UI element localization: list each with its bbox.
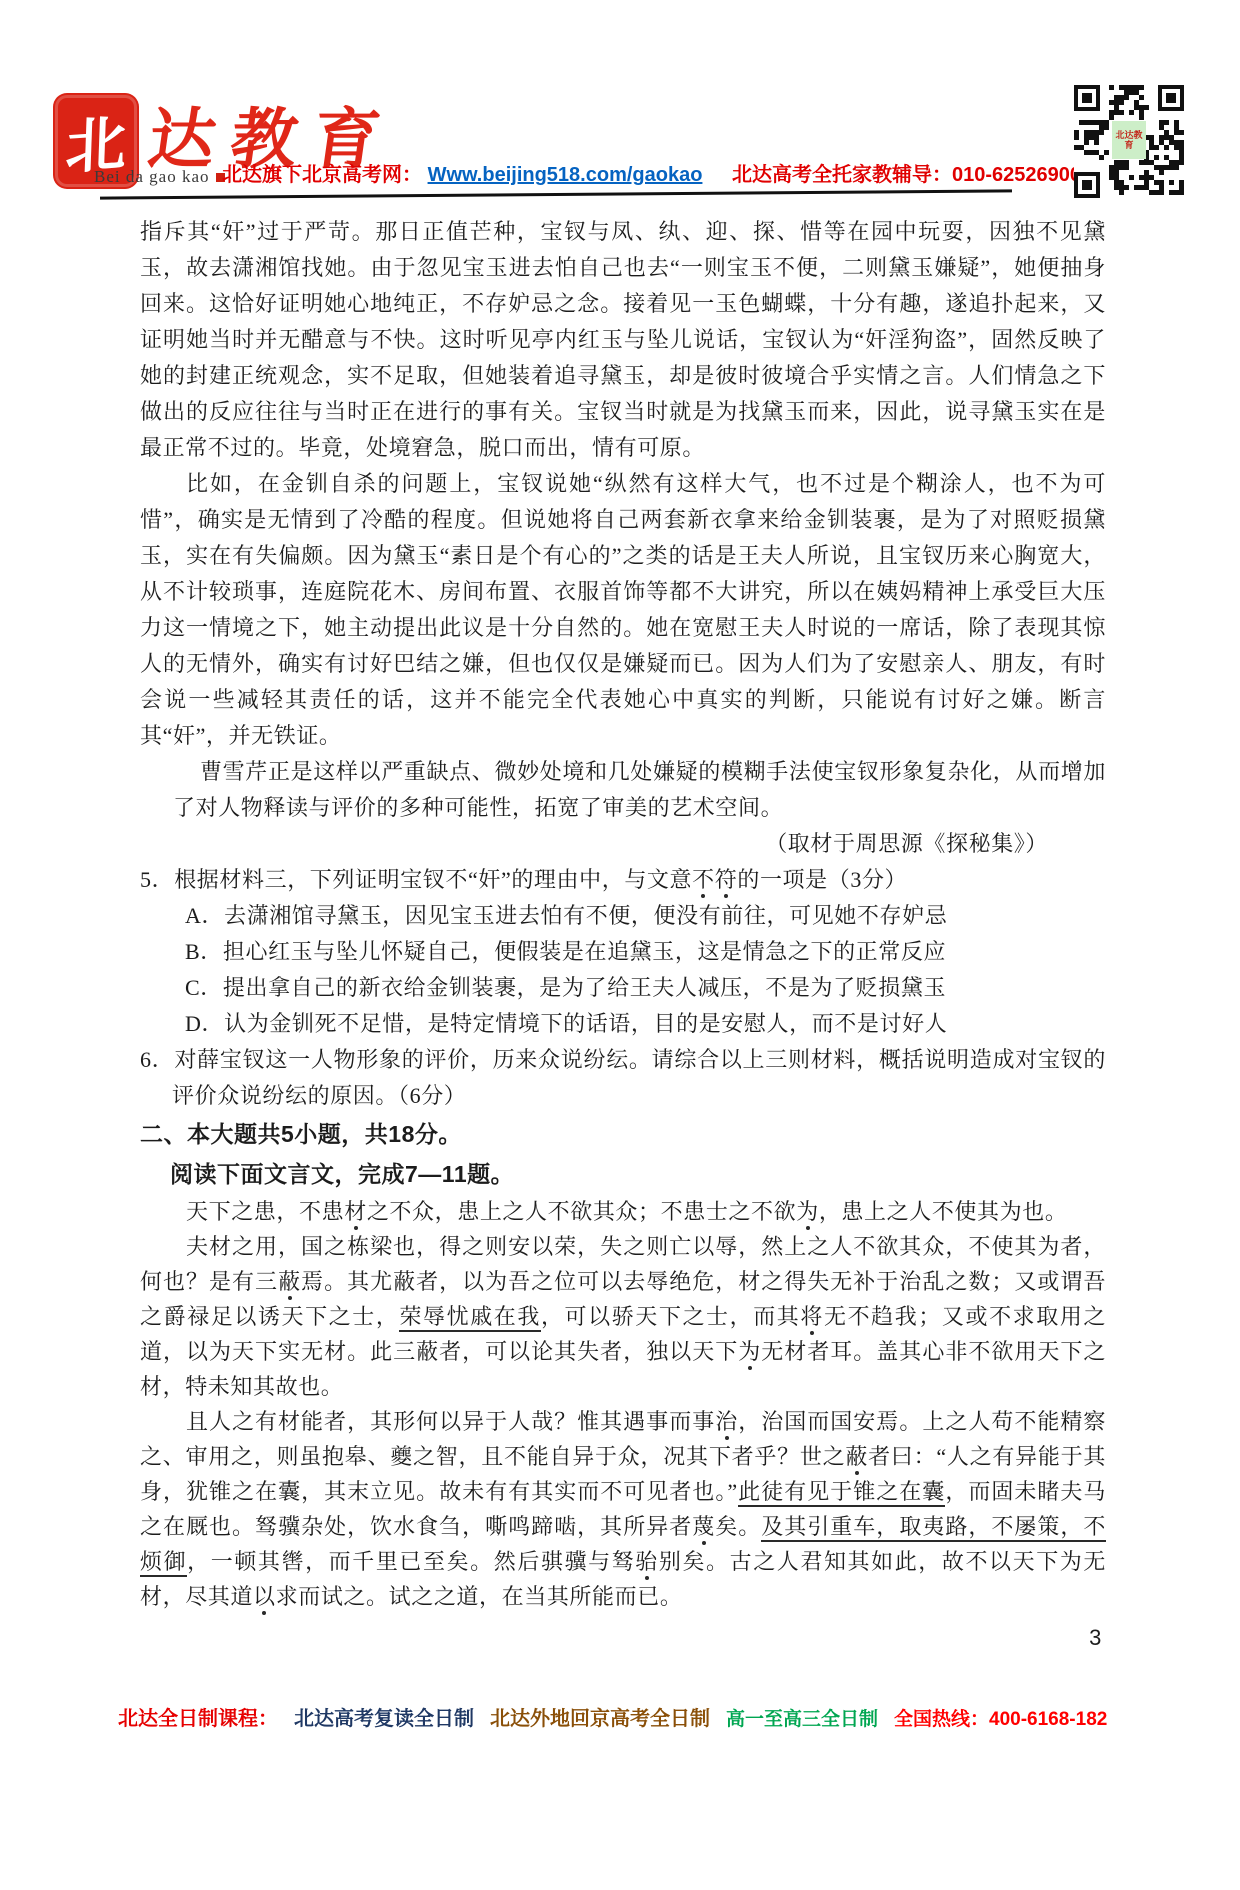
page-number: 3 [140,1620,1106,1656]
qr-center-label: 北达教育 [1112,121,1146,159]
classical-paragraph-1: 天下之患，不患材之不众，患上之人不欲其众；不患士之不欲为，患上之人不使其为也。 [140,1194,1106,1229]
section-2-subheading: 阅读下面文言文，完成7—11题。 [170,1154,1106,1194]
tutor-phone-label: 北达高考全托家教辅导：010-62526900 [732,164,1081,186]
page-footer: 北达全日制课程： 北达高考复读全日制 北达外地回京高考全日制 高一至高三全日制 … [118,1702,1128,1731]
option-b: B．担心红玉与坠儿怀疑自己，便假装是在追黛玉，这是情急之下的正常反应 [185,934,1106,970]
source-attribution: （取材于周思源《探秘集》） [140,826,1106,862]
footer-fulltime-repeat: 北达高考复读全日制 [294,1702,474,1731]
question-5-number: 5． [140,867,174,892]
classical-paragraph-2: 夫材之用，国之栋梁也，得之则安以荣，失之则亡以辱，然上之人不欲其众，不使其为者，… [140,1229,1106,1404]
question-5-stem: 5．根据材料三，下列证明宝钗不“奸”的理由中，与文意不符的一项是（3分） [140,862,1106,898]
material3-paragraph-1: 指斥其“奸”过于严苛。那日正值芒种，宝钗与凤、纨、迎、探、惜等在园中玩耍，因独不… [140,214,1106,466]
footer-courses-label: 北达全日制课程： [118,1702,278,1731]
material3-paragraph-2: 比如，在金钏自杀的问题上，宝钗说她“纵然有这样大气，也不过是个糊涂人，也不为可惜… [140,466,1106,754]
section-2-heading: 二、本大题共5小题，共18分。 [140,1114,1106,1154]
option-d: D．认为金钏死不足惜，是特定情境下的话语，目的是安慰人，而不是讨好人 [185,1006,1106,1042]
qr-finder-topleft [1074,85,1100,111]
option-c: C．提出拿自己的新衣给金钏装裹，是为了给王夫人减压，不是为了贬损黛玉 [185,970,1106,1006]
option-a: A．去潇湘馆寻黛玉，因见宝玉进去怕有不便，便没有前往，可见她不存妒忌 [185,898,1106,934]
question-6-stem: 6．对薛宝钗这一人物形象的评价，历来众说纷纭。请综合以上三则材料，概括说明造成对… [140,1042,1106,1114]
brand-pinyin: Bei da gao kao [94,167,225,187]
site-url-link[interactable]: Www.beijing518.com/gaokao [428,164,703,186]
material3-paragraph-3: 曹雪芹正是这样以严重缺点、微妙处境和几处嫌疑的模糊手法使宝钗形象复杂化，从而增加… [173,754,1106,826]
question-5-options: A．去潇湘馆寻黛玉，因见宝玉进去怕有不便，便没有前往，可见她不存妒忌 B．担心红… [185,898,1106,1042]
classical-paragraph-3: 且人之有材能者，其形何以异于人哉？惟其遇事而事治，治国而国安焉。上之人苟不能精察… [140,1404,1106,1614]
footer-grade-range: 高一至高三全日制 [726,1704,878,1731]
footer-hotline: 全国热线：400-6168-182 [894,1704,1107,1731]
footer-return-beijing: 北达外地回京高考全日制 [490,1702,710,1731]
document-body: 指斥其“奸”过于严苛。那日正值芒种，宝钗与凤、纨、迎、探、惜等在园中玩耍，因独不… [140,214,1106,1656]
qr-finder-topright [1158,85,1184,111]
header-contact-line: 北达旗下北京高考网： Www.beijing518.com/gaokao 北达高… [222,158,1081,187]
site-label: 北达旗下北京高考网： [222,164,422,186]
exam-page: 北 达教育 Bei da gao kao 北达旗下北京高考网： Www.beij… [0,0,1240,1890]
qr-code: 北达教育 [1074,85,1184,198]
question-6-number: 6． [140,1047,174,1072]
header-divider-rule [100,189,1012,199]
page-header: 北 达教育 Bei da gao kao 北达旗下北京高考网： Www.beij… [0,0,1240,210]
qr-finder-bottomleft [1074,172,1100,198]
